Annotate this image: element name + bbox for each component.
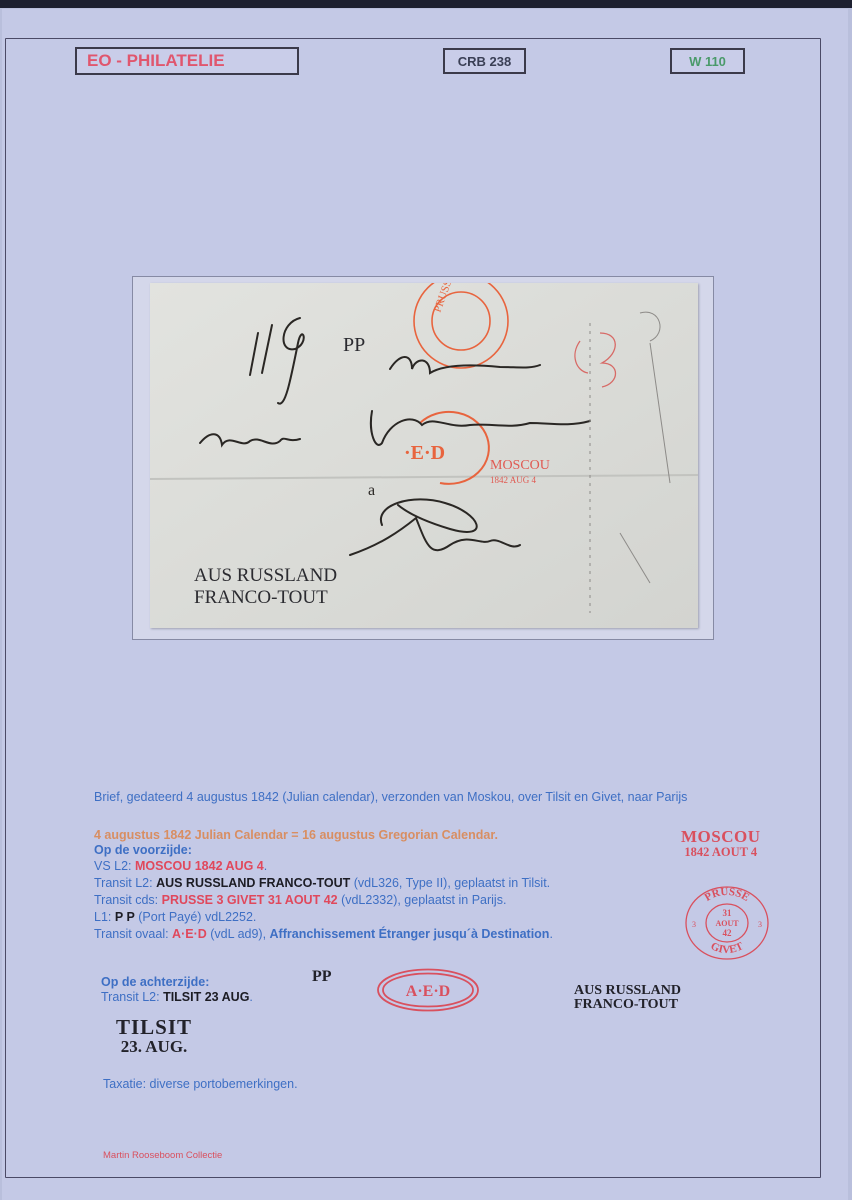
svg-text:PRUSSE: PRUSSE bbox=[703, 886, 752, 904]
aed-oval-illustration: A·E·D bbox=[376, 968, 480, 1012]
svg-text:MOSCOU: MOSCOU bbox=[490, 458, 550, 473]
lot-ref-label: W 110 bbox=[670, 48, 745, 74]
svg-text:FRANCO-TOUT: FRANCO-TOUT bbox=[194, 587, 328, 608]
front-line-vs: VS L2: MOSCOU 1842 AUG 4. bbox=[94, 859, 267, 873]
intro-text: Brief, gedateerd 4 augustus 1842 (Julian… bbox=[94, 790, 687, 804]
back-heading: Op de achterzijde: bbox=[101, 975, 209, 989]
catalog-ref-label: CRB 238 bbox=[443, 48, 526, 74]
back-heading-text: Op de achterzijde: bbox=[101, 975, 209, 989]
pp-stamp-illustration: PP bbox=[312, 968, 332, 986]
svg-text:42: 42 bbox=[723, 928, 733, 938]
front-line-transit-l2: Transit L2: AUS RUSSLAND FRANCO-TOUT (vd… bbox=[94, 876, 550, 890]
front-line-transit-ovaal: Transit ovaal: A·E·D (vdL ad9), Affranch… bbox=[94, 927, 553, 941]
svg-text:31: 31 bbox=[723, 908, 733, 918]
cover-letter-image: PRUSSE ·E·D MOSCOU 1842 AUG 4 PP a bbox=[150, 283, 698, 628]
back-line-transit: Transit L2: TILSIT 23 AUG. bbox=[101, 990, 253, 1004]
aus-russland-stamp-illustration: AUS RUSSLAND FRANCO-TOUT bbox=[574, 984, 681, 1012]
tilsit-stamp-illustration: TILSIT 23. AUG. bbox=[116, 1017, 192, 1055]
svg-text:PP: PP bbox=[343, 334, 365, 356]
front-heading-text: Op de voorzijde: bbox=[94, 843, 192, 857]
svg-text:3: 3 bbox=[692, 920, 696, 929]
svg-text:AOUT: AOUT bbox=[715, 919, 739, 928]
top-dark-strip bbox=[0, 0, 852, 8]
publisher-label: EO - PHILATELIE bbox=[75, 47, 299, 75]
collection-footer: Martin Rooseboom Collectie bbox=[103, 1150, 222, 1161]
svg-text:·E·D: ·E·D bbox=[404, 442, 445, 464]
svg-text:a: a bbox=[368, 482, 375, 499]
front-line-transit-cds: Transit cds: PRUSSE 3 GIVET 31 AOUT 42 (… bbox=[94, 893, 506, 907]
calendar-note: 4 augustus 1842 Julian Calendar = 16 aug… bbox=[94, 828, 498, 842]
taxation-text: Taxatie: diverse portobemerkingen. bbox=[103, 1077, 298, 1091]
svg-text:A·E·D: A·E·D bbox=[406, 983, 450, 1000]
moscou-stamp-illustration: MOSCOU 1842 AOUT 4 bbox=[681, 828, 761, 859]
svg-text:AUS RUSSLAND: AUS RUSSLAND bbox=[194, 565, 337, 586]
prusse-givet-cds-illustration: PRUSSE GIVET 3 3 31 AOUT 42 bbox=[684, 885, 772, 961]
calendar-note-text: 4 augustus 1842 Julian Calendar = 16 aug… bbox=[94, 828, 498, 842]
svg-text:3: 3 bbox=[758, 920, 762, 929]
front-line-l1: L1: P P (Port Payé) vdL2252. bbox=[94, 910, 256, 924]
svg-text:1842 AUG 4: 1842 AUG 4 bbox=[490, 475, 537, 485]
front-heading: Op de voorzijde: bbox=[94, 843, 192, 857]
